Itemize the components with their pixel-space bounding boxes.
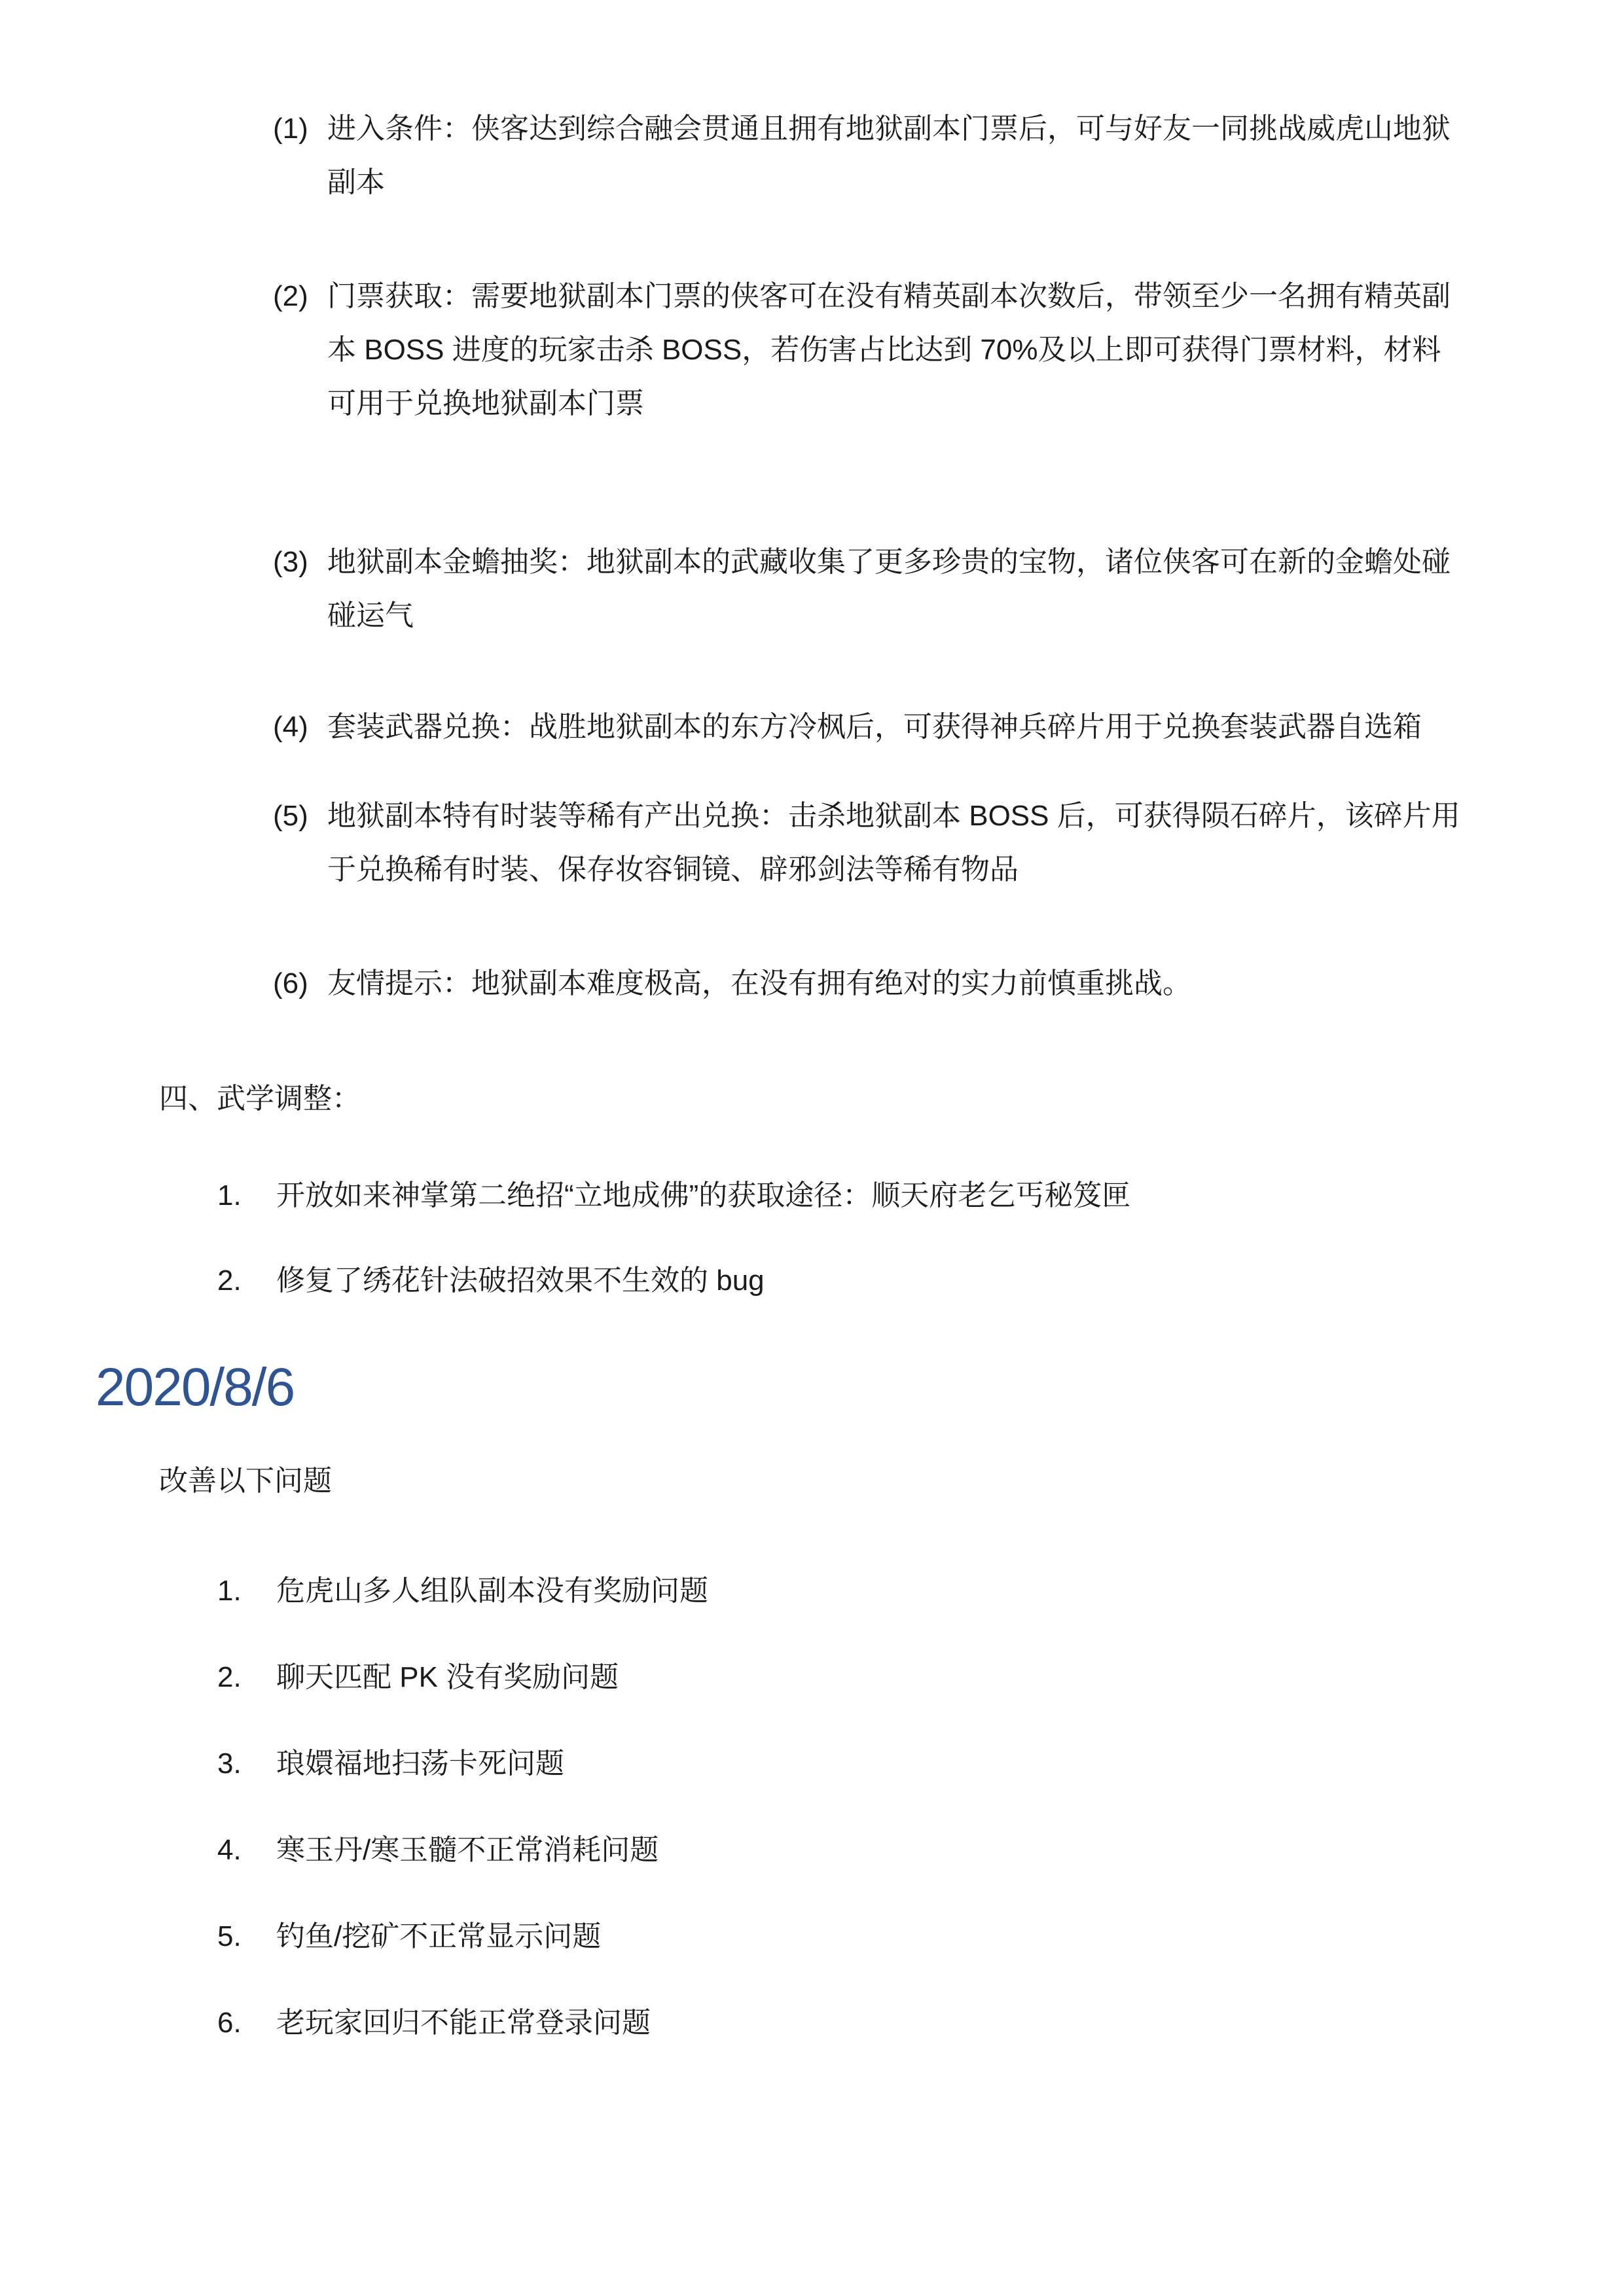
list-item-marker: (5) [273,789,327,843]
list-item: (6) 友情提示：地狱副本难度极高，在没有拥有绝对的实力前慎重挑战。 [0,957,1624,1011]
list-item: (4) 套装武器兑换：战胜地狱副本的东方冷枫后，可获得神兵碎片用于兑换套装武器自… [0,700,1624,754]
list-item-marker: 3. [217,1737,276,1791]
document-page: (1) 进入条件：侠客达到综合融会贯通且拥有地狱副本门票后，可与好友一同挑战威虎… [0,0,1624,2296]
list-item-text: 琅嬛福地扫荡卡死问题 [276,1737,1468,1791]
list-item-marker: (3) [273,535,327,589]
list-item-marker: (4) [273,700,327,754]
list-item-marker: 1. [217,1169,276,1223]
list-item-text: 套装武器兑换：战胜地狱副本的东方冷枫后，可获得神兵碎片用于兑换套装武器自选箱 [327,700,1466,754]
date-heading: 2020/8/6 [96,1355,1624,1420]
list-item: 4. 寒玉丹/寒玉髓不正常消耗问题 [0,1823,1624,1877]
list-item-marker: (1) [273,102,327,156]
list-item-marker: 5. [217,1910,276,1964]
list-item-marker: 6. [217,1996,276,2050]
list-item-text: 老玩家回归不能正常登录问题 [276,1996,1468,2050]
list-item-marker: 2. [217,1254,276,1308]
list-item-marker: (2) [273,270,327,323]
list-item: 2. 修复了绣花针法破招效果不生效的 bug [0,1254,1624,1308]
list-item-marker: 2. [217,1651,276,1704]
list-item-marker: 1. [217,1564,276,1618]
list-item: (3) 地狱副本金蟾抽奖：地狱副本的武藏收集了更多珍贵的宝物，诸位侠客可在新的金… [0,535,1624,643]
list-item: 2. 聊天匹配 PK 没有奖励问题 [0,1651,1624,1704]
list-item-text: 地狱副本特有时装等稀有产出兑换：击杀地狱副本 BOSS 后，可获得陨石碎片，该碎… [327,789,1466,897]
list-item: 6. 老玩家回归不能正常登录问题 [0,1996,1624,2050]
list-item-text: 寒玉丹/寒玉髓不正常消耗问题 [276,1823,1468,1877]
intro-text: 改善以下问题 [159,1454,1624,1508]
list-item: (1) 进入条件：侠客达到综合融会贯通且拥有地狱副本门票后，可与好友一同挑战威虎… [0,102,1624,209]
list-item-text: 修复了绣花针法破招效果不生效的 bug [276,1254,1468,1308]
list-item-text: 地狱副本金蟾抽奖：地狱副本的武藏收集了更多珍贵的宝物，诸位侠客可在新的金蟾处碰碰… [327,535,1466,643]
hell-dungeon-list: (1) 进入条件：侠客达到综合融会贯通且拥有地狱副本门票后，可与好友一同挑战威虎… [0,102,1624,1011]
list-item-text: 进入条件：侠客达到综合融会贯通且拥有地狱副本门票后，可与好友一同挑战威虎山地狱副… [327,102,1466,209]
list-item: 5. 钓鱼/挖矿不正常显示问题 [0,1910,1624,1964]
list-item-text: 开放如来神掌第二绝招“立地成佛”的获取途径：顺天府老乞丐秘笈匣 [276,1169,1468,1223]
list-item-text: 门票获取：需要地狱副本门票的侠客可在没有精英副本次数后，带领至少一名拥有精英副本… [327,270,1466,431]
list-item: 1. 开放如来神掌第二绝招“立地成佛”的获取途径：顺天府老乞丐秘笈匣 [0,1169,1624,1223]
list-item: (2) 门票获取：需要地狱副本门票的侠客可在没有精英副本次数后，带领至少一名拥有… [0,270,1624,431]
list-item-text: 聊天匹配 PK 没有奖励问题 [276,1651,1468,1704]
list-item: 3. 琅嬛福地扫荡卡死问题 [0,1737,1624,1791]
list-item: 1. 危虎山多人组队副本没有奖励问题 [0,1564,1624,1618]
fix-list: 1. 危虎山多人组队副本没有奖励问题 2. 聊天匹配 PK 没有奖励问题 3. … [0,1564,1624,2050]
wuxue-list: 1. 开放如来神掌第二绝招“立地成佛”的获取途径：顺天府老乞丐秘笈匣 2. 修复… [0,1169,1624,1308]
list-item-marker: (6) [273,957,327,1011]
section-heading-wuxue: 四、武学调整： [159,1072,1624,1126]
list-item: (5) 地狱副本特有时装等稀有产出兑换：击杀地狱副本 BOSS 后，可获得陨石碎… [0,789,1624,897]
list-item-text: 钓鱼/挖矿不正常显示问题 [276,1910,1468,1964]
list-item-text: 友情提示：地狱副本难度极高，在没有拥有绝对的实力前慎重挑战。 [327,957,1466,1011]
list-item-marker: 4. [217,1823,276,1877]
list-item-text: 危虎山多人组队副本没有奖励问题 [276,1564,1468,1618]
